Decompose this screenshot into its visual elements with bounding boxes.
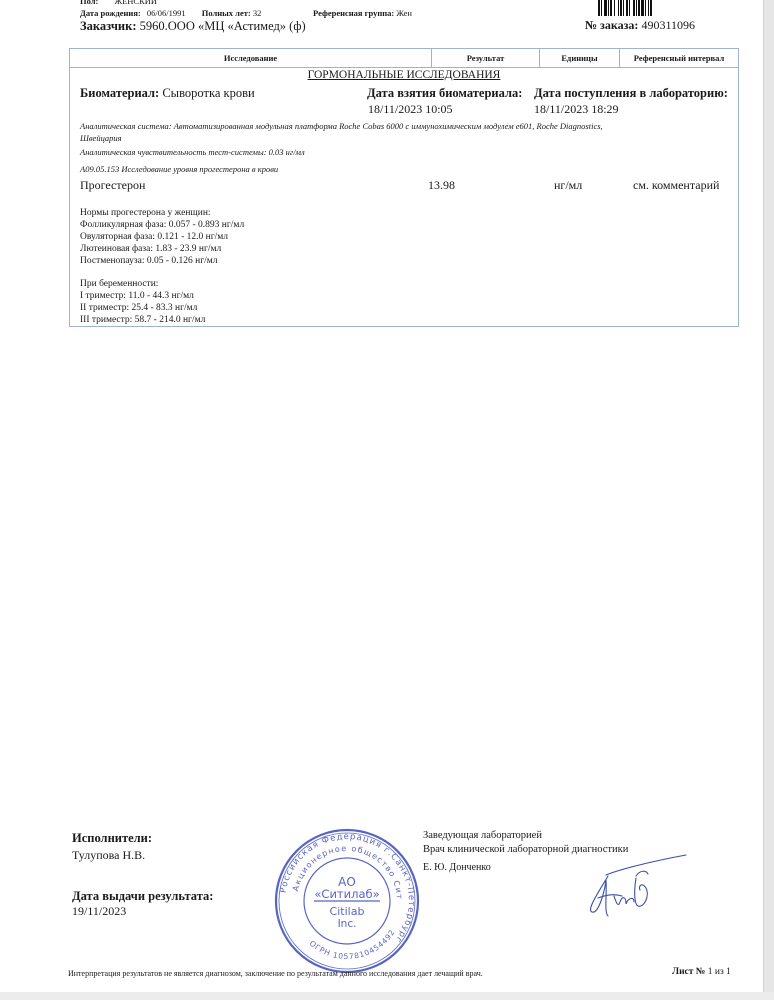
- norm-item: Лютеиновая фаза: 1.83 - 23.9 нг/мл: [80, 243, 244, 255]
- lab-stamp: Российская Федерация г.Санкт-Петербург А…: [272, 826, 422, 976]
- svg-text:Citilab: Citilab: [330, 905, 365, 918]
- performers-value: Тулупова Н.В.: [72, 848, 145, 863]
- barcode-icon: [598, 0, 692, 16]
- norm-item: Овуляторная фаза: 0.121 - 12.0 нг/мл: [80, 231, 244, 243]
- test-result: 13.98: [428, 178, 455, 193]
- table-header: Исследование Результат Единицы Референсн…: [70, 49, 738, 68]
- column-header-result: Результат: [432, 49, 540, 67]
- sample-date-label: Дата взятия биоматериала:: [367, 86, 522, 101]
- norms-title: Нормы прогестерона у женщин:: [80, 207, 244, 219]
- patient-ref-group: Референсная группа: Жен: [313, 8, 412, 18]
- scrollbar-gutter[interactable]: [763, 0, 774, 1000]
- lab-date-value: 18/11/2023 18:29: [534, 102, 619, 117]
- column-header-reference: Референсный интервал: [620, 49, 738, 67]
- stamp-icon: Российская Федерация г.Санкт-Петербург А…: [272, 826, 422, 976]
- page-bottom-edge: [0, 992, 774, 1000]
- issue-date-label: Дата выдачи результата:: [72, 889, 213, 904]
- pregnancy-item: II триместр: 25.4 - 83.3 нг/мл: [80, 302, 244, 314]
- norm-item: Постменопауза: 0.05 - 0.126 нг/мл: [80, 255, 244, 267]
- reference-comment: Нормы прогестерона у женщин: Фолликулярн…: [80, 207, 244, 326]
- biomaterial: Биоматериал: Сыворотка крови: [80, 86, 255, 101]
- svg-text:ОГРН 1057810454492: ОГРН 1057810454492: [308, 928, 397, 961]
- table-row: Прогестерон 13.98 нг/мл см. комментарий: [80, 178, 730, 194]
- signature-icon: [578, 850, 698, 930]
- patient-dob-line: Дата рождения: 06/06/1991 Полных лет: 32: [80, 8, 261, 18]
- head-title: Заведующая лабораторией: [423, 829, 628, 843]
- column-header-units: Единицы: [540, 49, 620, 67]
- svg-text:Inc.: Inc.: [338, 918, 357, 930]
- sensitivity: Аналитическая чувствительность тест-сист…: [80, 147, 305, 157]
- pregnancy-title: При беременности:: [80, 278, 244, 290]
- analytic-system: Аналитическая система: Автоматизированна…: [80, 121, 603, 131]
- patient-sex: Пол: ЖЕНСКИЙ: [80, 0, 157, 6]
- section-title: ГОРМОНАЛЬНЫЕ ИССЛЕДОВАНИЯ: [70, 69, 738, 81]
- disclaimer: Интерпретация результатов не является ди…: [68, 969, 483, 978]
- test-units: нг/мл: [554, 178, 582, 193]
- order-number: № заказа: 490311096: [585, 18, 695, 33]
- sample-date-value: 18/11/2023 10:05: [368, 102, 453, 117]
- test-reference: см. комментарий: [633, 178, 719, 193]
- column-header-test: Исследование: [70, 49, 432, 67]
- pregnancy-item: III триместр: 58.7 - 214.0 нг/мл: [80, 314, 244, 326]
- issue-date-value: 19/11/2023: [72, 904, 126, 919]
- sheet-number: Лист № 1 из 1: [672, 967, 731, 977]
- analytic-system-country: Швейцария: [80, 133, 122, 143]
- performers-label: Исполнители:: [72, 831, 152, 846]
- test-code: A09.05.153 Исследование уровня прогестер…: [80, 164, 278, 174]
- pregnancy-item: I триместр: 11.0 - 44.3 нг/мл: [80, 290, 244, 302]
- results-table: Исследование Результат Единицы Референсн…: [69, 48, 739, 327]
- svg-text:«Ситилаб»: «Ситилаб»: [314, 887, 379, 901]
- norm-item: Фолликулярная фаза: 0.057 - 0.893 нг/мл: [80, 219, 244, 231]
- customer: Заказчик: 5960.ООО «МЦ «Астимед» (ф): [80, 19, 306, 34]
- lab-date-label: Дата поступления в лабораторию:: [534, 86, 728, 101]
- test-name: Прогестерон: [80, 178, 145, 193]
